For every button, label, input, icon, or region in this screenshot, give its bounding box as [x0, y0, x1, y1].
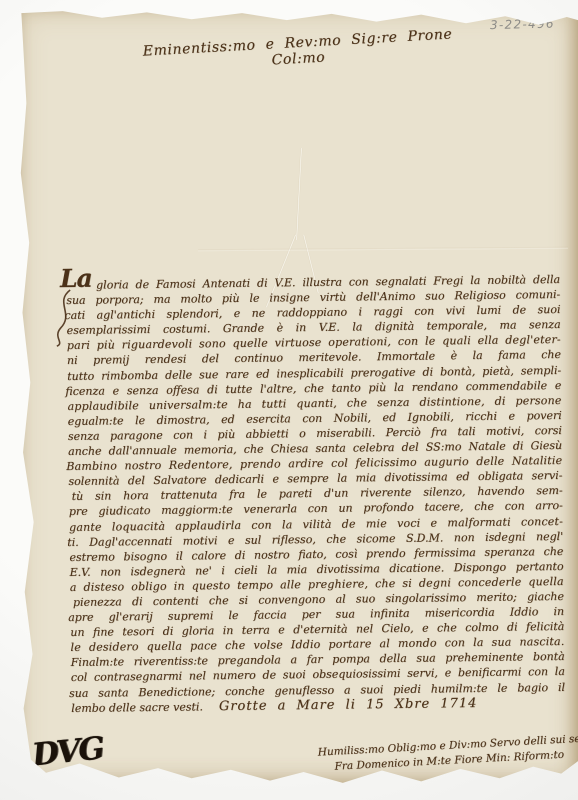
letter-body-lines: sua porpora; ma molto più le insigne vir… — [66, 287, 565, 701]
letter-body: Lagloria de Famosi Antenati di V.E. illu… — [66, 272, 565, 716]
salutation-line: Eminentiss:mo e Rev:mo Sig:re Prone Col:… — [127, 26, 468, 77]
signature-block: Humiliss:mo Oblig:mo e Div:mo Servo dell… — [317, 730, 578, 775]
scan-background: { "catalog_number": "3-22-496", "salutat… — [0, 0, 578, 800]
place-date-line: Grotte a Mare li 15 Xbre 1714 — [219, 696, 478, 714]
paper-fold-line — [198, 247, 568, 252]
paper-crease — [296, 148, 303, 240]
closing-line: lembo delle sacre vesti. — [71, 699, 203, 716]
archive-catalog-number: 3-22-496 — [490, 16, 578, 32]
ink-ownership-mark: DVG — [30, 730, 104, 773]
letter-sheet: 3-22-496 Eminentiss:mo e Rev:mo Sig:re P… — [18, 10, 578, 786]
drop-capital: La — [60, 271, 92, 286]
initial-flourish-stroke — [50, 288, 75, 348]
